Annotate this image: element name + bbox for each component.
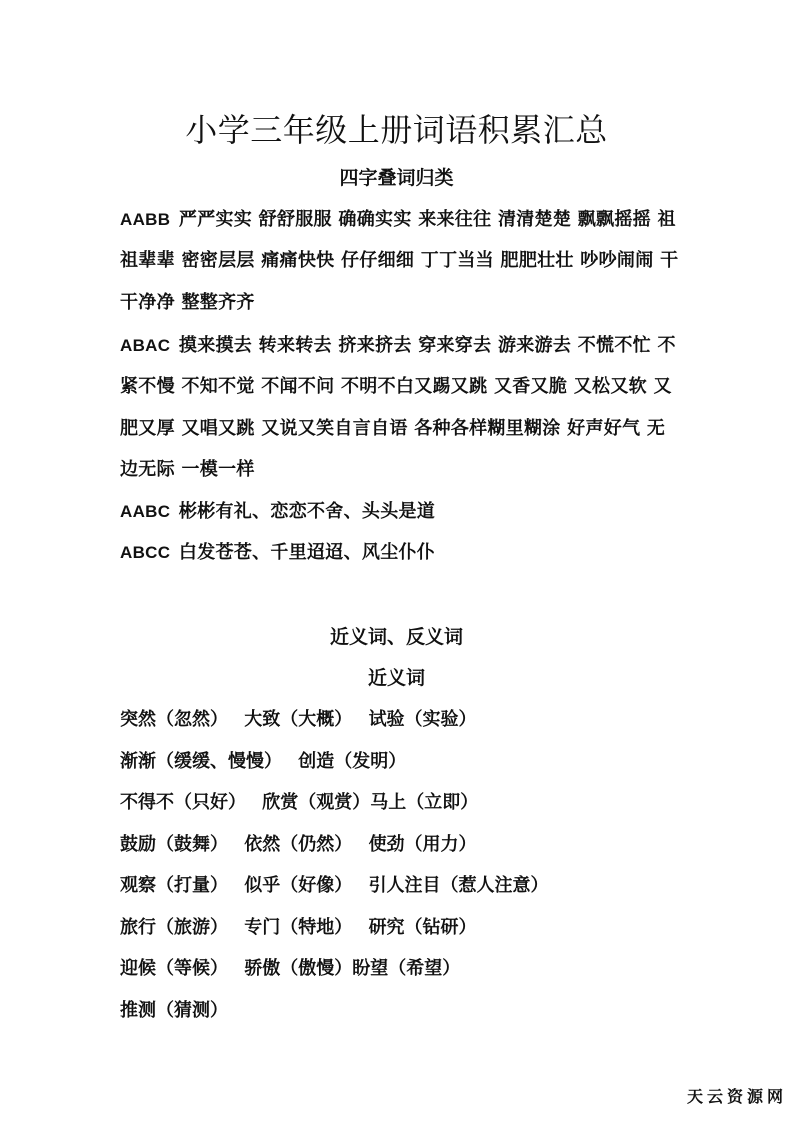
synonym-pair: 不得不（只好） — [120, 792, 246, 813]
synonym-row: 迎候（等候） 骄傲（傲慢）盼望（希望） — [120, 955, 470, 983]
section-heading-synonyms-antonyms: 近义词、反义词 — [0, 623, 793, 651]
synonym-pair: 使劲（用力） — [369, 834, 477, 855]
group-tag: AABC — [120, 502, 170, 521]
group-words: 白发苍苍、千里迢迢、风尘仆仆 — [179, 542, 435, 563]
synonym-pair: 依然（仍然） — [244, 834, 352, 855]
synonym-row: 推测（猜测） — [120, 997, 238, 1025]
synonym-row: 旅行（旅游） 专门（特地） 研究（钻研） — [120, 914, 487, 942]
group-abcc: ABCC 白发苍苍、千里迢迢、风尘仆仆 — [120, 532, 680, 573]
group-words: 摸来摸去 转来转去 挤来挤去 穿来穿去 游来游去 不慌不忙 不紧不慢 不知不觉 … — [120, 335, 676, 480]
synonym-pair: 迎候（等候） — [120, 958, 228, 979]
synonym-pair: 欣赏（观赏）马上（立即） — [262, 792, 478, 813]
group-tag: AABB — [120, 210, 170, 229]
synonym-pair: 鼓励（鼓舞） — [120, 834, 228, 855]
watermark: 天云资源网 — [687, 1084, 787, 1107]
group-aabc: AABC 彬彬有礼、恋恋不舍、头头是道 — [120, 491, 680, 532]
section-heading-reduplicated-words: 四字叠词归类 — [0, 164, 793, 192]
synonym-pair: 创造（发明） — [298, 751, 406, 772]
synonym-pair: 突然（忽然） — [120, 709, 228, 730]
synonym-row: 观察（打量） 似乎（好像） 引人注目（惹人注意） — [120, 872, 559, 900]
subheading-synonyms: 近义词 — [0, 664, 793, 692]
synonym-pair: 专门（特地） — [244, 917, 352, 938]
synonym-pair: 推测（猜测） — [120, 1000, 228, 1021]
synonym-row: 渐渐（缓缓、慢慢） 创造（发明） — [120, 748, 416, 776]
group-words: 彬彬有礼、恋恋不舍、头头是道 — [179, 501, 435, 522]
synonym-pair: 观察（打量） — [120, 875, 228, 896]
synonym-pair: 渐渐（缓缓、慢慢） — [120, 751, 282, 772]
synonym-row: 不得不（只好） 欣赏（观赏）马上（立即） — [120, 789, 488, 817]
synonym-pair: 骄傲（傲慢）盼望（希望） — [244, 958, 460, 979]
group-abac: ABAC 摸来摸去 转来转去 挤来挤去 穿来穿去 游来游去 不慌不忙 不紧不慢 … — [120, 325, 680, 490]
synonym-pair: 似乎（好像） — [244, 875, 352, 896]
synonym-pair: 旅行（旅游） — [120, 917, 228, 938]
synonym-row: 突然（忽然） 大致（大概） 试验（实验） — [120, 706, 487, 734]
group-tag: ABAC — [120, 336, 170, 355]
group-aabb: AABB 严严实实 舒舒服服 确确实实 来来往往 清清楚楚 飘飘摇摇 祖祖辈辈 … — [120, 199, 680, 323]
group-words: 严严实实 舒舒服服 确确实实 来来往往 清清楚楚 飘飘摇摇 祖祖辈辈 密密层层 … — [120, 209, 678, 313]
group-tag: ABCC — [120, 543, 170, 562]
synonym-pair: 大致（大概） — [244, 709, 352, 730]
document-title: 小学三年级上册词语积累汇总 — [0, 106, 793, 154]
synonym-pair: 试验（实验） — [369, 709, 477, 730]
synonym-pair: 引人注目（惹人注意） — [369, 875, 549, 896]
synonym-row: 鼓励（鼓舞） 依然（仍然） 使劲（用力） — [120, 831, 487, 859]
synonym-pair: 研究（钻研） — [369, 917, 477, 938]
